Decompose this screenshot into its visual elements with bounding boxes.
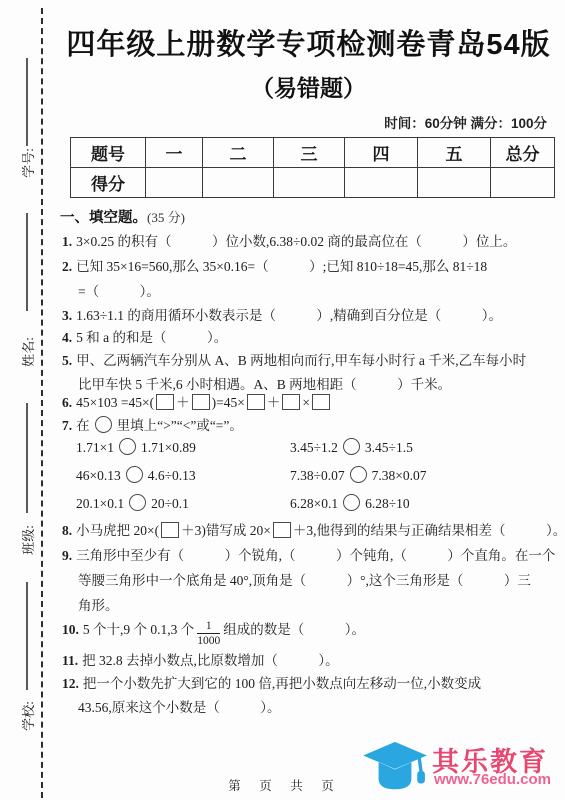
left-expression: 1.71×1	[76, 440, 114, 455]
question-9-line-2: 等腰三角形中一个底角是 40°,顶角是（ ）°,这个三角形是（ ）三	[78, 569, 531, 589]
brand-logo: 其乐教育 www.76edu.com	[360, 738, 560, 796]
header-section-5: 五	[418, 138, 491, 168]
question-2-line-1: 2.已知 35×16=560,那么 35×0.16=（ ）;已知 810÷18=…	[62, 255, 487, 275]
compare-circle	[350, 466, 367, 483]
paper-title: 四年级上册数学专项检测卷青岛54版	[60, 22, 557, 63]
exam-paper-page: 学号: 姓名: 班级: 学校: 四年级上册数学专项检测卷青岛54版 （易错题） …	[0, 0, 565, 800]
fraction-numerator: 1	[197, 620, 220, 633]
header-section-2: 二	[203, 138, 274, 168]
question-text: ＋3,他得到的结果与正确结果相差（ ）。	[293, 523, 565, 538]
question-text: )=45×	[212, 395, 245, 410]
class-label: 班级:	[7, 520, 47, 560]
score-cell	[418, 168, 491, 198]
score-table-header-row: 题号 一 二 三 四 五 总分	[71, 138, 555, 168]
blank-box	[161, 522, 179, 538]
blank-box	[312, 394, 330, 410]
student-id-label: 学号:	[7, 143, 47, 183]
score-cell	[274, 168, 345, 198]
comparison-item: 46×0.134.6÷0.13	[76, 466, 196, 484]
question-text: 角形。	[78, 598, 119, 613]
compare-circle	[343, 494, 360, 511]
question-7-prompt: 7.在里填上“>”“<”或“=”。	[62, 414, 243, 434]
question-5-line-2: 比甲车快 5 千米,6 小时相遇。A、B 两地相距（ ）千米。	[78, 373, 451, 393]
right-expression: 1.71×0.89	[141, 440, 196, 455]
question-1: 1.3×0.25 的积有（ ）位小数,6.38÷0.02 商的最高位在（ ）位上…	[62, 230, 516, 250]
question-number: 8.	[62, 523, 72, 538]
right-expression: 7.38×0.07	[372, 468, 427, 483]
section-1-heading: 一、填空题。(35 分)	[60, 206, 185, 227]
question-9-line-1: 9.三角形中至少有（ ）个锐角,（ ）个钝角,（ ）个直角。在一个	[62, 544, 555, 564]
question-12-line-1: 12.把一个小数先扩大到它的 100 倍,再把小数点向左移动一位,小数变成	[62, 672, 481, 692]
question-5-line-1: 5.甲、乙两辆汽车分别从 A、B 两地相向而行,甲车每小时行 a 千米,乙车每小…	[62, 349, 526, 369]
time-score-info: 时间：60分钟 满分：100分	[60, 112, 547, 132]
question-text: 小马虎把 20×(	[76, 523, 159, 538]
comparison-item: 7.38÷0.077.38×0.07	[290, 466, 427, 484]
question-4: 4.5 和 a 的和是（ ）。	[62, 326, 227, 346]
score-cell	[146, 168, 203, 198]
brand-url: www.76edu.com	[434, 771, 551, 788]
comparison-item: 20.1×0.120÷0.1	[76, 494, 189, 512]
write-line	[26, 213, 28, 311]
section-1-title: 一、填空题。	[60, 210, 147, 226]
compare-circle	[129, 494, 146, 511]
blank-box	[273, 522, 291, 538]
question-text: 把一个小数先扩大到它的 100 倍,再把小数点向左移动一位,小数变成	[83, 676, 481, 691]
question-number: 7.	[62, 418, 72, 433]
left-expression: 20.1×0.1	[76, 496, 124, 511]
write-line	[26, 403, 28, 513]
question-number: 12.	[62, 676, 79, 691]
score-cell	[203, 168, 274, 198]
right-expression: 6.28÷10	[365, 496, 410, 511]
question-text: 1.63÷1.1 的商用循环小数表示是（ ）,精确到百分位是（ ）。	[76, 308, 502, 323]
paper-subtitle: （易错题）	[60, 70, 557, 103]
question-text: 等腰三角形中一个底角是 40°,顶角是（ ）°,这个三角形是（ ）三	[78, 573, 531, 588]
question-12-line-2: 43.56,原来这个小数是（ ）。	[78, 696, 281, 716]
compare-circle	[95, 416, 112, 433]
graduation-cap-icon	[360, 740, 430, 796]
question-number: 2.	[62, 259, 72, 274]
comparison-item: 3.45÷1.23.45÷1.5	[290, 438, 413, 456]
compare-circle	[343, 438, 360, 455]
question-8: 8.小马虎把 20×(＋3)错写成 20×＋3,他得到的结果与正确结果相差（ ）…	[62, 519, 565, 539]
question-text: 45×103 =45×(	[76, 395, 154, 410]
question-text: 比甲车快 5 千米,6 小时相遇。A、B 两地相距（ ）千米。	[78, 377, 451, 392]
binding-dashed-line	[41, 8, 43, 798]
right-expression: 3.45÷1.5	[365, 440, 413, 455]
fraction: 11000	[197, 620, 220, 647]
question-number: 4.	[62, 330, 72, 345]
question-3: 3.1.63÷1.1 的商用循环小数表示是（ ）,精确到百分位是（ ）。	[62, 304, 502, 324]
question-text: 甲、乙两辆汽车分别从 A、B 两地相向而行,甲车每小时行 a 千米,乙车每小时	[76, 353, 526, 368]
school-label: 学校:	[7, 696, 47, 736]
score-cell	[491, 168, 555, 198]
header-section-4: 四	[345, 138, 418, 168]
section-1-points: (35 分)	[147, 210, 185, 225]
left-expression: 7.38÷0.07	[290, 468, 345, 483]
student-name-label: 姓名:	[7, 332, 47, 372]
question-9-line-3: 角形。	[78, 594, 119, 614]
right-expression: 20÷0.1	[151, 496, 189, 511]
question-text: 在	[76, 418, 90, 433]
blank-box	[247, 394, 265, 410]
header-total: 总分	[491, 138, 555, 168]
right-expression: 4.6÷0.13	[148, 468, 196, 483]
score-table: 题号 一 二 三 四 五 总分 得分	[70, 137, 555, 198]
question-text: 5 个十,9 个 0.1,3 个	[83, 622, 194, 637]
question-number: 3.	[62, 308, 72, 323]
fraction-denominator: 1000	[197, 633, 220, 648]
question-2-line-2: =（ ）。	[78, 280, 160, 300]
question-number: 11.	[62, 653, 78, 668]
compare-circle	[126, 466, 143, 483]
question-11: 11.把 32.8 去掉小数点,比原数增加（ ）。	[62, 649, 339, 669]
question-text: ＋3)错写成 20×	[181, 523, 271, 538]
question-text: 43.56,原来这个小数是（ ）。	[78, 700, 281, 715]
question-text: =（ ）。	[78, 284, 160, 299]
question-text: ×	[302, 395, 310, 410]
question-10: 10.5 个十,9 个 0.1,3 个11000组成的数是（ ）。	[62, 618, 365, 648]
left-expression: 6.28×0.1	[290, 496, 338, 511]
left-expression: 46×0.13	[76, 468, 121, 483]
blank-box	[156, 394, 174, 410]
compare-circle	[119, 438, 136, 455]
question-6: 6.45×103 =45×(＋)=45×＋×	[62, 391, 332, 411]
question-text: ＋	[176, 395, 190, 410]
score-row-label: 得分	[71, 168, 146, 198]
write-line	[26, 58, 28, 146]
comparison-item: 1.71×11.71×0.89	[76, 438, 196, 456]
question-text: 把 32.8 去掉小数点,比原数增加（ ）。	[82, 653, 339, 668]
blank-box	[282, 394, 300, 410]
question-text: ＋	[267, 395, 281, 410]
comparison-item: 6.28×0.16.28÷10	[290, 494, 410, 512]
header-section-1: 一	[146, 138, 203, 168]
blank-box	[192, 394, 210, 410]
question-number: 1.	[62, 234, 72, 249]
question-number: 5.	[62, 353, 72, 368]
question-text: 里填上“>”“<”或“=”。	[117, 418, 243, 433]
write-line	[26, 582, 28, 690]
score-cell	[345, 168, 418, 198]
question-text: 已知 35×16=560,那么 35×0.16=（ ）;已知 810÷18=45…	[76, 259, 487, 274]
question-text: 5 和 a 的和是（ ）。	[76, 330, 227, 345]
header-question-no: 题号	[71, 138, 146, 168]
header-section-3: 三	[274, 138, 345, 168]
score-table-score-row: 得分	[71, 168, 555, 198]
question-text: 3×0.25 的积有（ ）位小数,6.38÷0.02 商的最高位在（ ）位上。	[76, 234, 516, 249]
question-number: 9.	[62, 548, 72, 563]
question-text: 三角形中至少有（ ）个锐角,（ ）个钝角,（ ）个直角。在一个	[76, 548, 555, 563]
question-text: 组成的数是（ ）。	[223, 622, 365, 637]
question-number: 6.	[62, 395, 72, 410]
left-expression: 3.45÷1.2	[290, 440, 338, 455]
question-number: 10.	[62, 622, 79, 637]
